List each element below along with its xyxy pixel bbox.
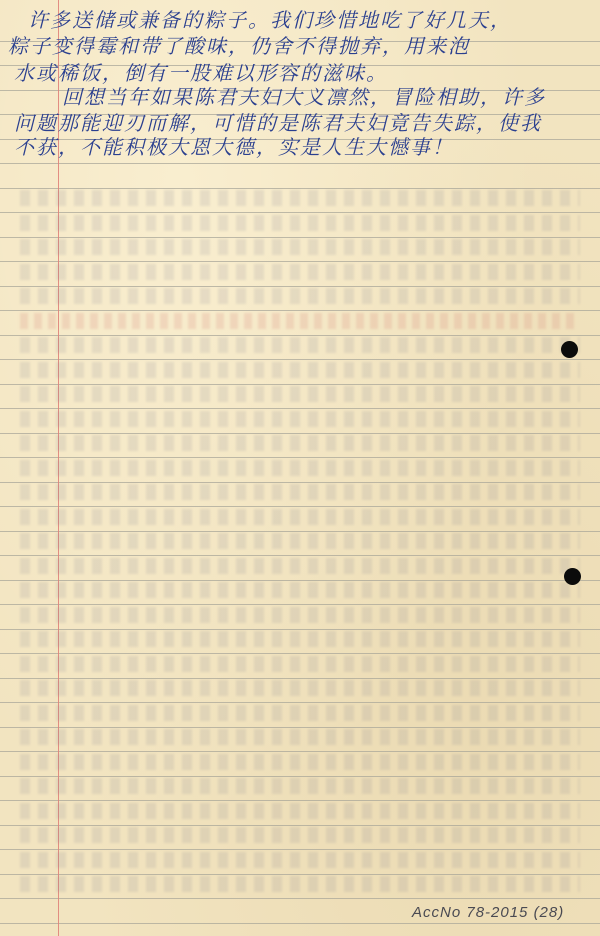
bleed-through-row	[20, 215, 580, 231]
bleed-through-row	[20, 558, 580, 574]
bleed-through-row	[20, 705, 580, 721]
bleed-through-row	[20, 533, 580, 549]
bleed-through-row	[20, 435, 580, 451]
ruled-line	[0, 751, 600, 752]
bleed-through-row	[20, 337, 580, 353]
bleed-through-row	[20, 484, 580, 500]
bleed-through-row	[20, 827, 580, 843]
ruled-line	[0, 923, 600, 924]
ruled-line	[0, 653, 600, 654]
bleed-through-row	[20, 190, 580, 206]
punch-hole	[564, 568, 581, 585]
handwriting-line: 粽子变得霉和带了酸味，仍舍不得抛弃，用来泡	[8, 30, 470, 59]
bleed-through-row	[20, 656, 580, 672]
handwriting-line: 回想当年如果陈君夫妇大义凛然，冒险相助，许多	[62, 81, 546, 110]
bleed-through-row	[20, 778, 580, 794]
ruled-line	[0, 335, 600, 336]
ruled-line	[0, 849, 600, 850]
bleed-through-row	[20, 362, 580, 378]
ruled-line	[0, 359, 600, 360]
ruled-line	[0, 237, 600, 238]
ruled-line	[0, 825, 600, 826]
bleed-through-row	[20, 631, 580, 647]
ruled-line	[0, 580, 600, 581]
ruled-line	[0, 506, 600, 507]
punch-hole	[561, 341, 578, 358]
ruled-line	[0, 457, 600, 458]
ruled-line	[0, 310, 600, 311]
ruled-line	[0, 188, 600, 189]
bleed-through-row	[20, 754, 580, 770]
ruled-line	[0, 261, 600, 262]
bleed-through-row	[20, 386, 580, 402]
ruled-line	[0, 800, 600, 801]
handwriting-line: 不获，不能积极大恩大德，实是人生大憾事！	[14, 131, 454, 160]
ruled-line	[0, 212, 600, 213]
ruled-line	[0, 898, 600, 899]
ruled-line	[0, 727, 600, 728]
ruled-line	[0, 433, 600, 434]
ruled-line	[0, 555, 600, 556]
accession-number: AccNo 78-2015 (28)	[412, 904, 564, 921]
ruled-line	[0, 604, 600, 605]
bleed-through-row	[20, 803, 580, 819]
bleed-through-row	[20, 239, 580, 255]
ruled-line	[0, 874, 600, 875]
bleed-through-row	[20, 876, 580, 892]
bleed-through-row	[20, 729, 580, 745]
bleed-through-row	[20, 264, 580, 280]
bleed-through-row	[20, 607, 580, 623]
bleed-through-row	[20, 313, 580, 329]
ruled-line	[0, 163, 600, 164]
ruled-line	[0, 384, 600, 385]
bleed-through-row	[20, 288, 580, 304]
bleed-through-row	[20, 460, 580, 476]
ruled-line	[0, 482, 600, 483]
ruled-line	[0, 531, 600, 532]
bleed-through-row	[20, 509, 580, 525]
bleed-through-row	[20, 852, 580, 868]
bleed-through-row	[20, 411, 580, 427]
ruled-line	[0, 629, 600, 630]
handwriting-line: 许多送储或兼备的粽子。我们珍惜地吃了好几天，	[28, 4, 512, 33]
ruled-line	[0, 776, 600, 777]
ruled-line	[0, 702, 600, 703]
notebook-page: 许多送储或兼备的粽子。我们珍惜地吃了好几天， 粽子变得霉和带了酸味，仍舍不得抛弃…	[0, 0, 600, 936]
ruled-line	[0, 678, 600, 679]
ruled-line	[0, 286, 600, 287]
ruled-line	[0, 408, 600, 409]
bleed-through-row	[20, 680, 580, 696]
bleed-through-row	[20, 582, 580, 598]
